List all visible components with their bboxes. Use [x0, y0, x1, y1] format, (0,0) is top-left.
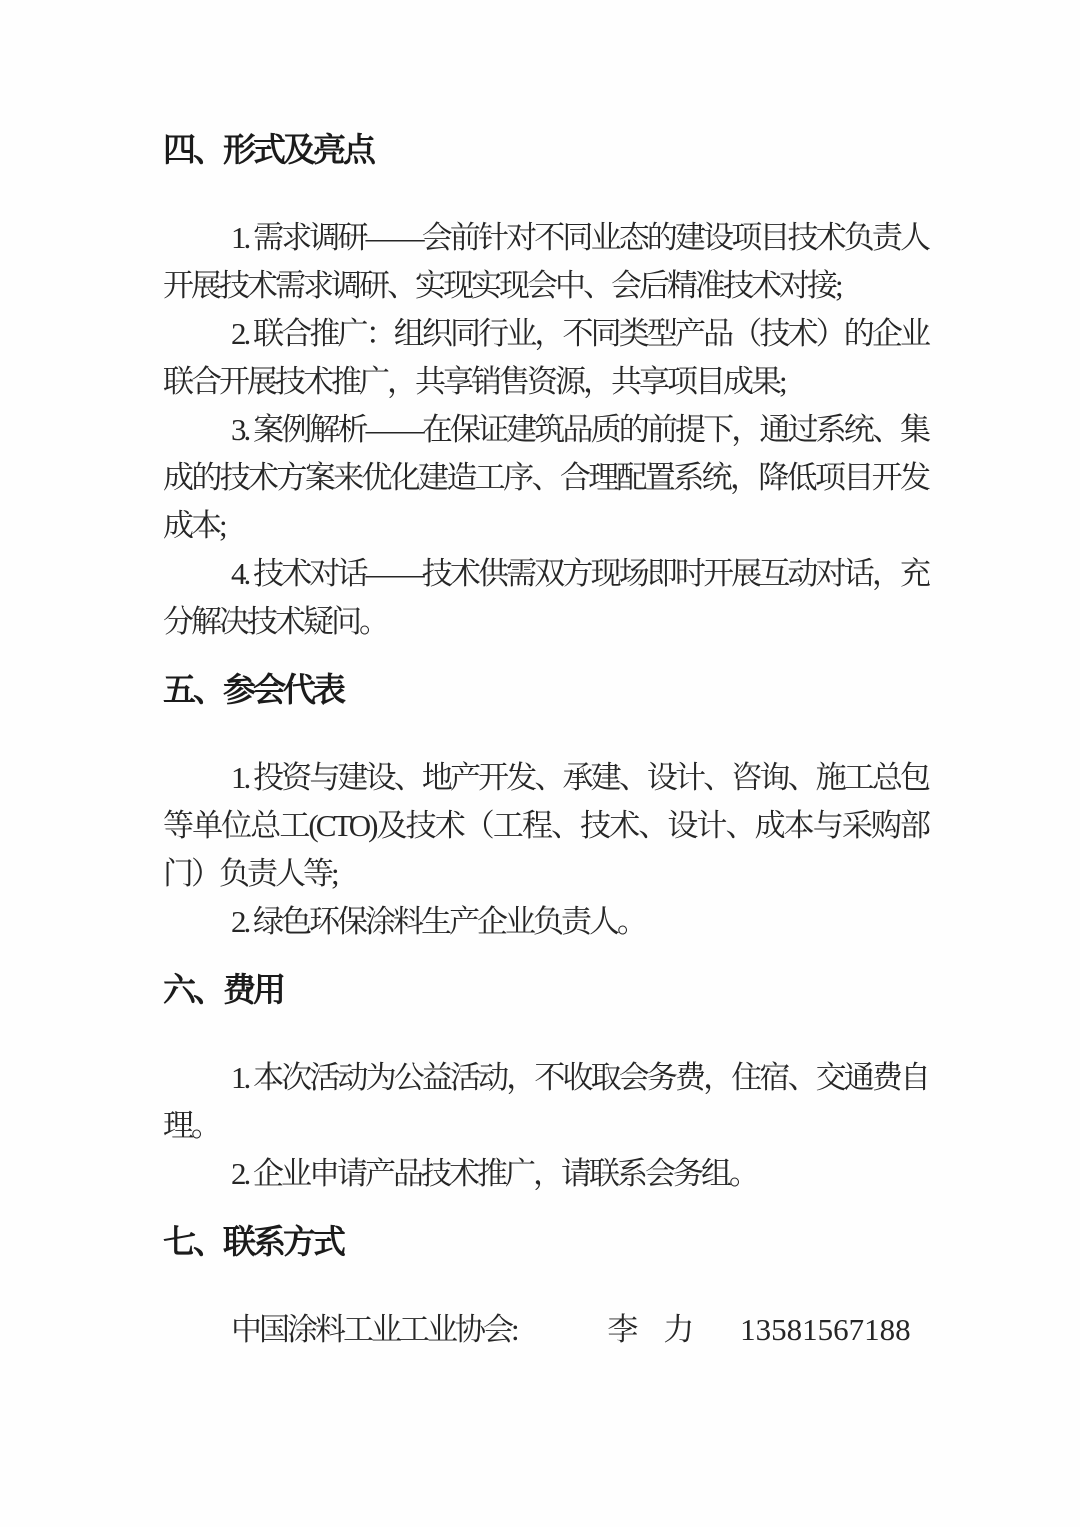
contact-line: 中国涂料工业工业协会: 李 力 13581567188 [163, 1306, 928, 1354]
paragraph-fees-promotion-apply: 2. 企业申请产品技术推广，请联系会务组。 [163, 1150, 928, 1198]
paragraph-attendees-owners: 1. 投资与建设、地产开发、承建、设计、咨询、施工总包等单位总工(CTO)及技术… [163, 754, 928, 898]
paragraph-fees-free-event: 1. 本次活动为公益活动，不收取会务费，住宿、交通费自理。 [163, 1054, 928, 1150]
paragraph-attendees-coating-producers: 2. 绿色环保涂料生产企业负责人。 [163, 898, 928, 946]
section-format-highlights: 四、形式及亮点 1. 需求调研——会前针对不同业态的建设项目技术负责人开展技术需… [163, 126, 928, 646]
paragraph-tech-dialogue: 4. 技术对话——技术供需双方现场即时开展互动对话，充分解决技术疑问。 [163, 550, 928, 646]
contact-phone-number: 13581567188 [740, 1306, 911, 1354]
contact-person-name: 李 力 [607, 1306, 691, 1354]
paragraph-case-analysis: 3. 案例解析——在保证建筑品质的前提下，通过系统、集成的技术方案来优化建造工序… [163, 406, 928, 550]
section-heading-attendees: 五、参会代表 [163, 666, 928, 716]
document-page: 四、形式及亮点 1. 需求调研——会前针对不同业态的建设项目技术负责人开展技术需… [0, 0, 1080, 1527]
section-fees: 六、费用 1. 本次活动为公益活动，不收取会务费，住宿、交通费自理。 2. 企业… [163, 966, 928, 1198]
section-contact: 七、联系方式 中国涂料工业工业协会: 李 力 13581567188 [163, 1218, 928, 1354]
paragraph-joint-promotion: 2. 联合推广：组织同行业，不同类型产品（技术）的企业联合开展技术推广，共享销售… [163, 310, 928, 406]
section-heading-format-highlights: 四、形式及亮点 [163, 126, 928, 176]
contact-org: 中国涂料工业工业协会: [231, 1312, 517, 1347]
section-heading-contact: 七、联系方式 [163, 1218, 928, 1268]
section-attendees: 五、参会代表 1. 投资与建设、地产开发、承建、设计、咨询、施工总包等单位总工(… [163, 666, 928, 946]
paragraph-demand-research: 1. 需求调研——会前针对不同业态的建设项目技术负责人开展技术需求调研、实现实现… [163, 214, 928, 310]
section-heading-fees: 六、费用 [163, 966, 928, 1016]
